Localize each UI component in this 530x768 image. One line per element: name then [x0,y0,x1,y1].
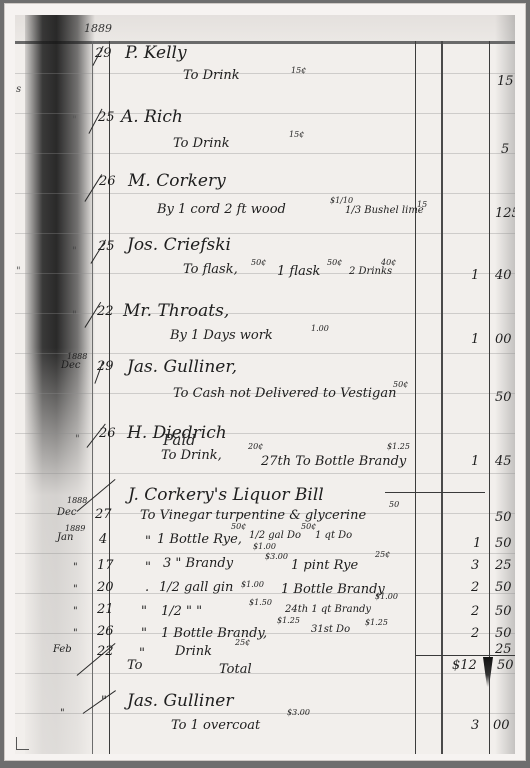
entry-name: Jas. Gulliner, [127,359,237,376]
row-day: 17 [97,559,114,572]
cents-column-rule [489,41,490,754]
row-month: " [73,585,78,595]
row-dollars: 2 [471,605,479,618]
entry-note: $1.25 [387,443,410,451]
amount-cents: 15 [497,75,514,88]
row-cents: 50 [495,627,512,640]
ruled-line [15,273,515,274]
amount-dollars: 1 [471,269,479,282]
ruled-line [15,593,515,594]
entry-month: " [72,116,77,126]
row-ditto: " [141,605,147,618]
row-dollars: 1 [473,537,481,550]
entry-description: To Drink [173,137,230,150]
row-note: $1.50 [249,599,272,607]
row-note: $1.00 [241,581,264,589]
entry-month: " [60,709,65,719]
paid-overwrite: Paid [163,433,196,448]
row-description-part: 1/2 gal Do [249,531,301,541]
row-cents: 25 [495,559,512,572]
amount-cents: 50 [495,391,512,404]
amount-cents: 125 [495,207,515,220]
entry-name: P. Kelly [125,45,187,62]
entry-description: To flask, [183,263,238,276]
row-description-part: 24th 1 qt Brandy [285,605,371,615]
entry-description: To Drink [183,69,240,82]
row-description: 1/2 gall gin [159,581,233,594]
entry-description-part: 1 flask [277,265,320,278]
amount-dollars: 1 [471,455,479,468]
row-note: $3.00 [265,553,288,561]
entry-name: M. Corkery [128,173,226,190]
entry-month: " [72,247,77,257]
row-day: 20 [97,581,114,594]
total-prefix: To [127,659,143,672]
row-description: 1 Bottle Brandy, [161,627,267,640]
row-description: To Vinegar turpentine & glycerine [140,509,366,522]
row-month: Feb [53,645,72,655]
month-column-rule [92,41,93,754]
row-month: " [73,607,78,617]
row-day: 21 [97,603,114,616]
entry-month: " [75,435,80,445]
amount-cents: 45 [495,455,512,468]
row-month: Jan [57,533,73,543]
row-cents: 50 [495,511,512,524]
amount-column-rule-1 [415,41,416,754]
row-day: 26 [97,625,114,638]
entry-name: A. Rich [121,109,183,126]
entry-note: 40¢ [381,259,396,267]
row-cents: 50 [495,581,512,594]
ruled-line [15,353,515,354]
row-note: 25¢ [235,639,250,647]
row-description-part: 1 pint Rye [291,559,358,572]
row-note: $1.25 [277,617,300,625]
amount-cents: 40 [495,269,512,282]
row-dollars: 2 [471,581,479,594]
row-cents: 50 [495,605,512,618]
total-cents: 50 [497,659,514,672]
ledger-page: 1889 s " 29 P. Kelly To Drink 15¢ 15 " 2… [15,15,515,754]
ruled-line [15,73,515,74]
entry-description: To Cash not Delivered to Vestigan [173,387,396,400]
entry-note: 1.00 [311,325,329,333]
row-note: 50 [389,501,399,509]
row-description-part: 1 qt Do [315,531,352,541]
liquor-bill-title: J. Corkery's Liquor Bill [128,487,324,504]
entry-note: 20¢ [248,443,263,451]
total-label: Total [219,663,252,676]
amount-dollars: 1 [471,333,479,346]
amount-cents: 5 [501,143,509,156]
row-cents: 50 [495,537,512,550]
row-note: $1.25 [365,619,388,627]
entry-day: 26 [99,175,116,188]
row-description: 1/2 " " [161,605,202,618]
amount-cents: 00 [493,719,510,732]
ruled-line [15,233,515,234]
entry-name: Jos. Criefski [127,237,231,254]
entry-name: Mr. Throats, [123,303,229,320]
row-description-part: 1 Bottle Brandy [281,583,385,596]
row-month: Dec [57,508,77,518]
entry-name: Jas. Gulliner [127,693,233,710]
row-note: 25¢ [375,551,390,559]
ruled-line [15,153,515,154]
ruled-line [15,713,515,714]
entry-note: 15¢ [291,67,306,75]
entry-day: 22 [97,305,114,318]
row-ditto: " [145,561,151,574]
row-note: 50¢ [301,523,316,531]
row-description: 3 " Brandy [163,557,233,570]
scan-frame: 1889 s " 29 P. Kelly To Drink 15¢ 15 " 2… [4,3,526,761]
row-day: 4 [99,533,107,546]
margin-mark: s [16,85,21,95]
row-month: " [73,563,78,573]
entry-extra: 1/3 Bushel lime [345,206,424,216]
entry-month: " [72,311,77,321]
entry-note: 50¢ [327,259,342,267]
entry-description-part: 2 Drinks [349,267,392,277]
entry-description: By 1 cord 2 ft wood [157,203,286,216]
row-month-year: 1888 [67,497,87,505]
row-month: " [73,629,78,639]
entry-note: 50¢ [251,259,266,267]
entry-note: 15¢ [289,131,304,139]
row-description-part: 31st Do [311,625,350,635]
row-dollars: 2 [471,627,479,640]
entry-description: To 1 overcoat [171,719,260,732]
row-note: $1.00 [253,543,276,551]
amount-column-rule-2 [441,41,443,754]
corner-mark [16,737,29,750]
entry-note: 50¢ [393,381,408,389]
amount-dollars: 3 [471,719,479,732]
row-description: Drink [175,645,212,658]
entry-extra-note: 15 [417,201,427,209]
entry-month: Dec [61,361,81,371]
ruled-line [15,113,515,114]
total-rule [415,655,515,656]
total-dollars: $12 [452,659,477,672]
row-ditto: " [141,627,147,640]
row-description: 1 Bottle Rye, [157,533,242,546]
row-ditto: . [145,581,149,594]
ruled-line [15,473,515,474]
ink-blot [483,657,493,687]
entry-description-part: 27th To Bottle Brandy [261,455,406,468]
entry-description: To Drink, [161,449,222,462]
ruled-line [15,673,515,674]
row-dollars: 3 [471,559,479,572]
margin-mark: " [16,267,21,277]
entry-note: $1/10 [330,197,353,205]
row-note: $1.00 [375,593,398,601]
row-ditto: " [145,535,151,548]
row-note: 50¢ [231,523,246,531]
entry-description: By 1 Days work [170,329,273,342]
ruled-line [15,313,515,314]
row-day: 27 [95,508,112,521]
year-header: 1889 [84,23,112,34]
entry-note: $3.00 [287,709,310,717]
amount-cents: 00 [495,333,512,346]
ruled-line [15,433,515,434]
section-rule [385,492,485,493]
